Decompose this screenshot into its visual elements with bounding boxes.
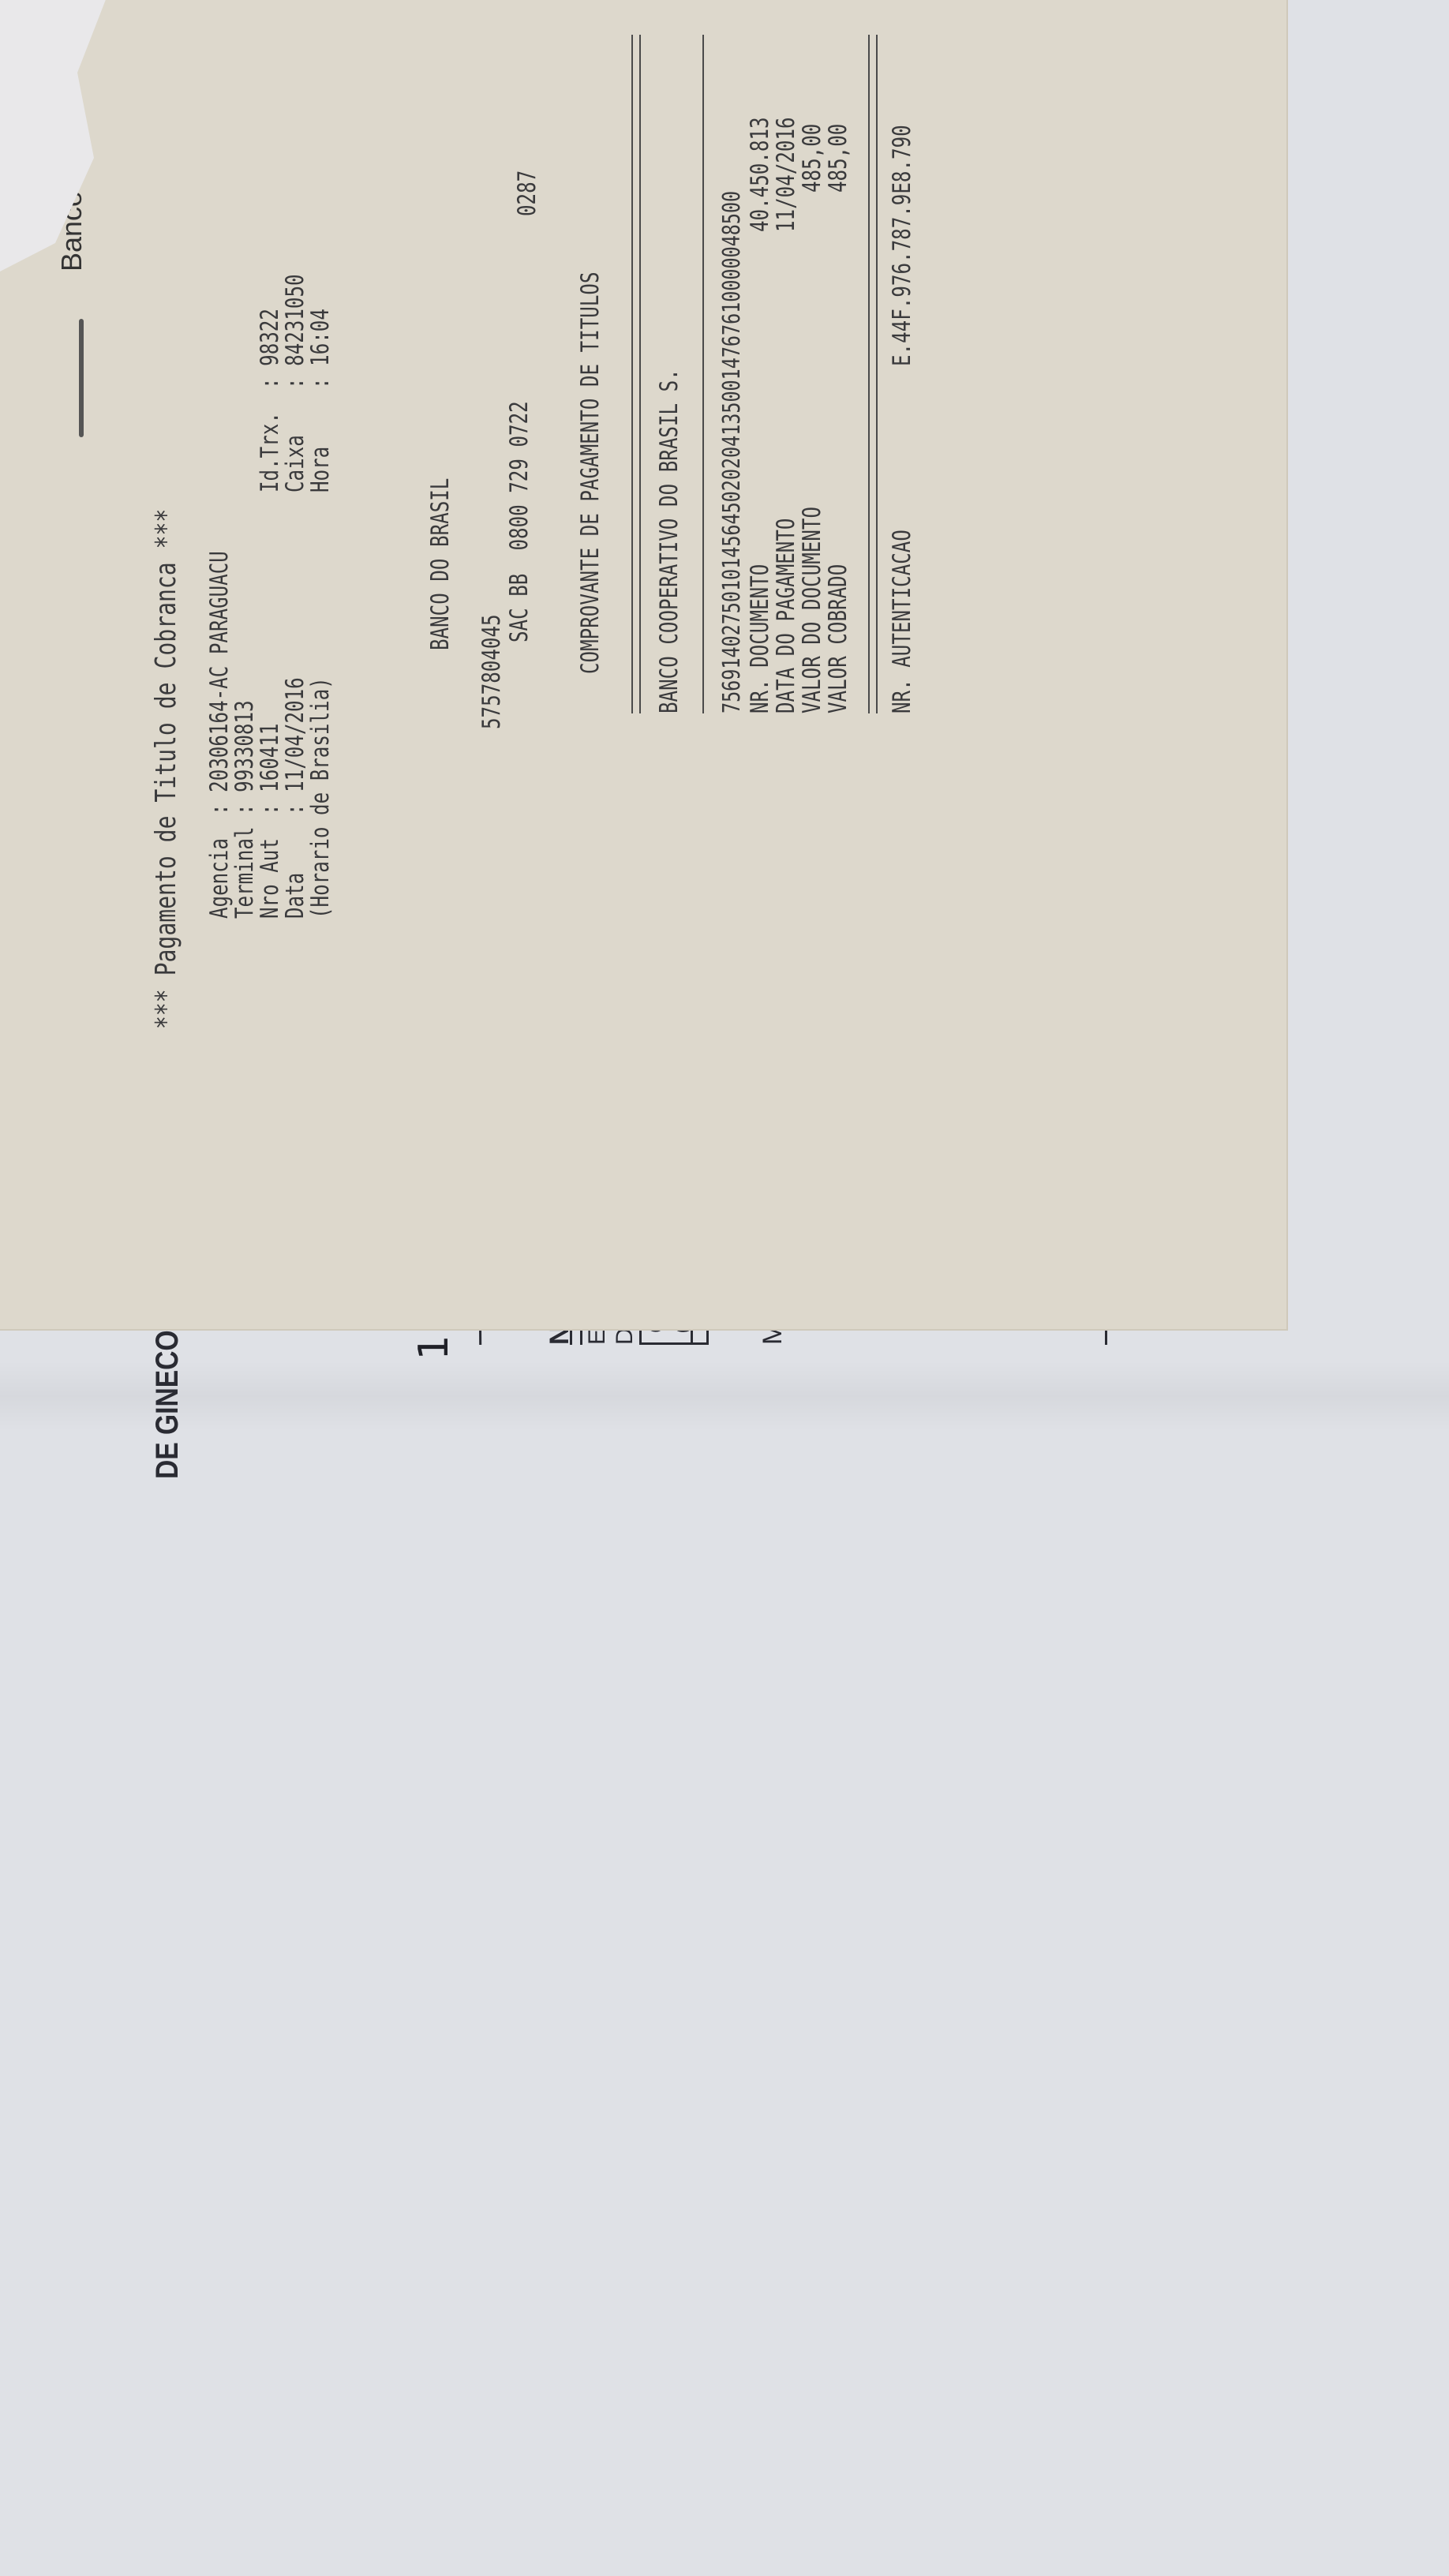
payment-receipt: Banco Postal *** Pagamento de Titulo de … (0, 0, 1286, 1329)
receipt-hora: Hora : 16:04 (306, 309, 335, 492)
receipt-row-value: 485,00 (798, 124, 826, 193)
receipt-row-value: 11/04/2016 (772, 117, 800, 232)
receipt-row-label: VALOR DO DOCUMENTO (798, 507, 826, 713)
receipt-auth-value: E.44F.976.787.9E8.790 (888, 125, 916, 366)
receipt-nro-aut: Nro Aut : 160411 (256, 724, 284, 919)
receipt-ref-number: 5757804045 (477, 614, 506, 729)
receipt-row-value: 485,00 (824, 124, 852, 193)
receipt-agencia: Agencia : 20306164-AC PARAGUACU (205, 551, 234, 919)
receipt-sac: SAC BB 0800 729 0722 (505, 401, 534, 642)
receipt-auth-label: NR. AUTENTICACAO (888, 530, 916, 713)
photo-stage: Boleto DE GINECOLOGISTAS E OBSTETRAS DE … (0, 0, 1449, 2576)
receipt-row-label: NR. DOCUMENTO (746, 564, 774, 713)
receipt-id-trx: Id.Trx. : 98322 (256, 309, 284, 492)
receipt-bank-name: BANCO DO BRASIL (426, 478, 455, 650)
receipt-row-label: DATA DO PAGAMENTO (772, 519, 800, 713)
receipt-caixa: Caixa : 84231050 (281, 274, 309, 492)
receipt-comprovante-title: COMPROVANTE DE PAGAMENTO DE TITULOS (576, 271, 605, 674)
receipt-terminal: Terminal : 99330813 (230, 700, 259, 919)
receipt-sac-code: 0287 (513, 170, 541, 216)
receipt-barcode-number: 7569140275010145645020204135001476761000… (718, 191, 746, 713)
receipt-title: *** Pagamento de Titulo de Cobranca *** (150, 509, 182, 1029)
receipt-data: Data : 11/04/2016 (281, 677, 309, 919)
receipt-row-label: VALOR COBRADO (824, 564, 852, 713)
receipt-horario: (Horario de Brasilia) (306, 677, 335, 919)
receipt-row-value: 40.450.813 (746, 117, 774, 232)
receipt-payee-bank: BANCO COOPERATIVO DO BRASIL S. (655, 369, 683, 713)
receipt-divider (79, 319, 84, 437)
